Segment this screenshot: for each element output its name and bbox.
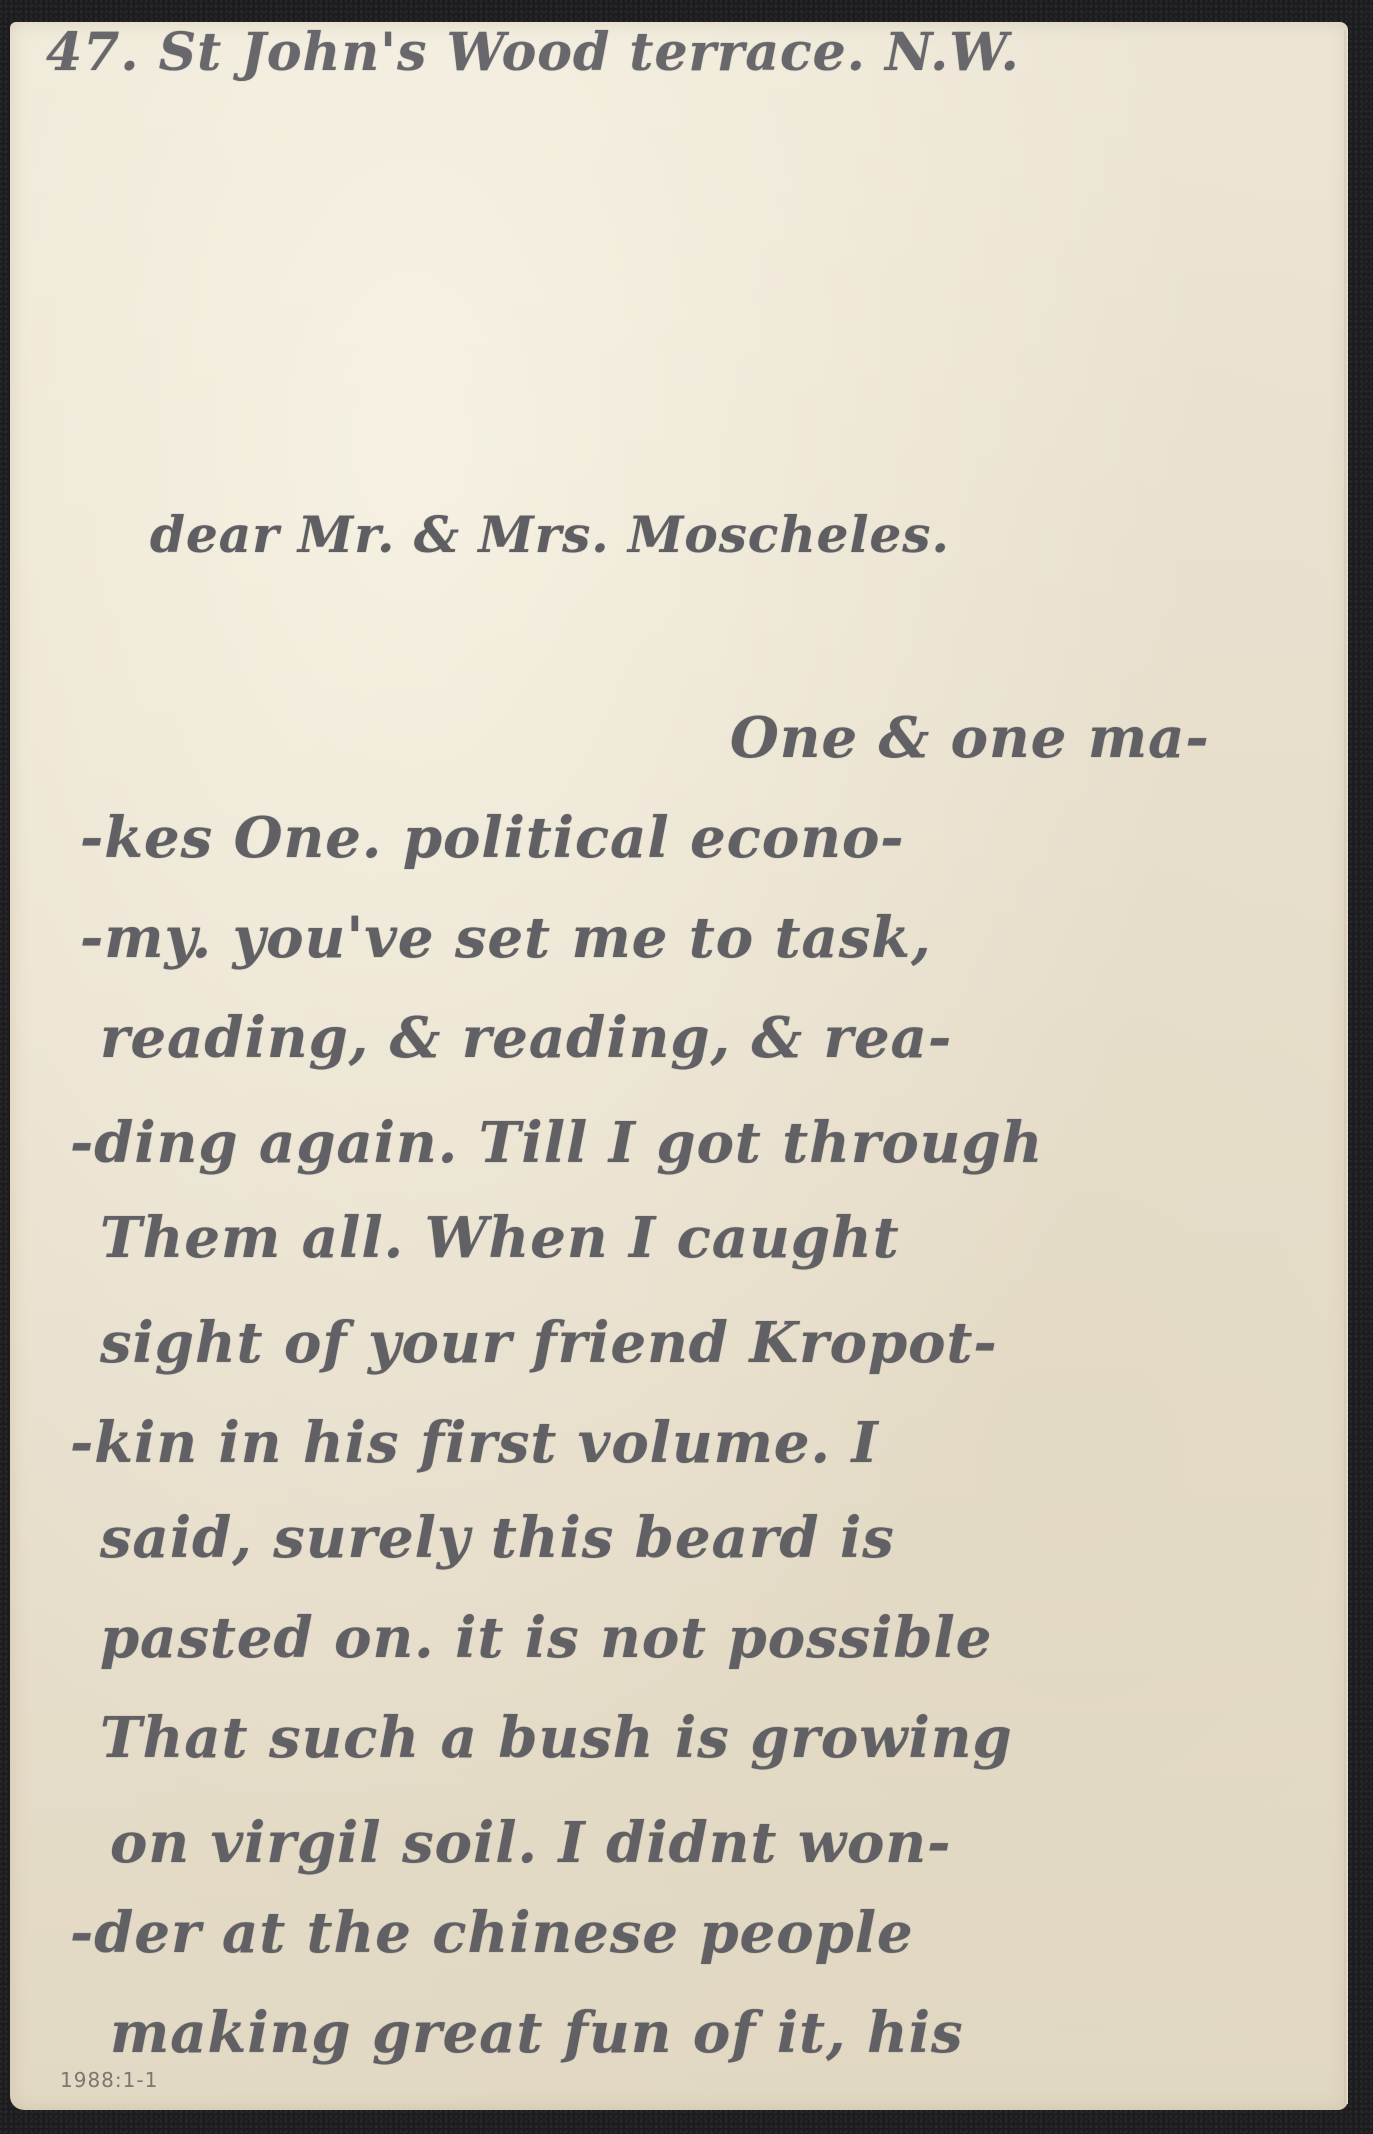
letter-line: on virgil soil. I didnt won- <box>110 1810 951 1876</box>
letter-address: 47. St John's Wood terrace. N.W. <box>46 22 1020 83</box>
letter-line: -der at the chinese people <box>70 1900 914 1966</box>
letter-line: Them all. When I caught <box>100 1205 900 1271</box>
letter-line: said, surely this beard is <box>100 1505 895 1571</box>
letter-line: One & one ma- <box>730 705 1210 771</box>
letter-line: sight of your friend Kropot- <box>100 1310 998 1376</box>
letter-line: reading, & reading, & rea- <box>100 1005 952 1071</box>
page-edge <box>1344 30 1348 2104</box>
letter-line: -ding again. Till I got through <box>70 1110 1043 1176</box>
letter-line: -my. you've set me to task, <box>80 905 932 971</box>
letter-salutation: dear Mr. & Mrs. Moscheles. <box>150 505 950 564</box>
catalog-number: 1988:1-1 <box>60 2068 158 2092</box>
letter-line: -kin in his first volume. I <box>70 1410 879 1476</box>
letter-line: That such a bush is growing <box>100 1705 1013 1771</box>
letter-line: making great fun of it, his <box>110 2000 964 2066</box>
letter-line: -kes One. political econo- <box>80 805 905 871</box>
letter-line: pasted on. it is not possible <box>100 1605 992 1671</box>
